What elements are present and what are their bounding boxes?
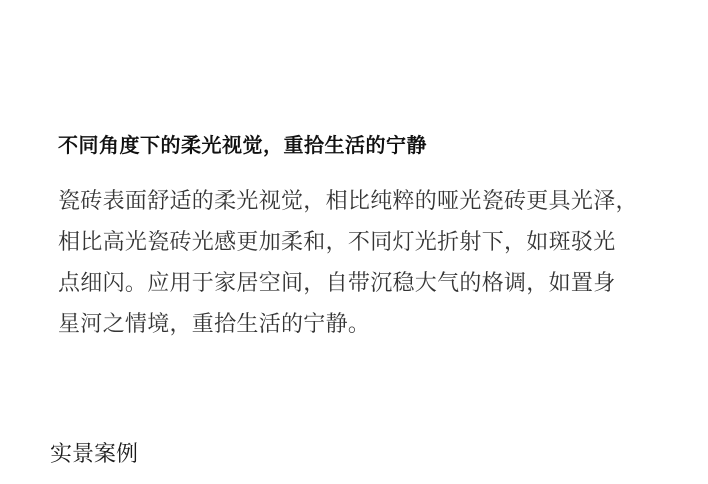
paragraph-line: 瓷砖表面舒适的柔光视觉，相比纯粹的哑光瓷砖更具光泽， bbox=[58, 181, 678, 222]
paragraph-line: 相比高光瓷砖光感更加柔和，不同灯光折射下，如斑驳光 bbox=[58, 222, 678, 263]
section-label-case-studies: 实景案例 bbox=[50, 440, 138, 470]
paragraph-line: 点细闪。应用于家居空间，自带沉稳大气的格调，如置身 bbox=[58, 263, 678, 304]
article-paragraph: 瓷砖表面舒适的柔光视觉，相比纯粹的哑光瓷砖更具光泽， 相比高光瓷砖光感更加柔和，… bbox=[58, 181, 678, 345]
article-heading: 不同角度下的柔光视觉，重拾生活的宁静 bbox=[58, 132, 427, 158]
paragraph-line: 星河之情境，重拾生活的宁静。 bbox=[58, 304, 678, 345]
